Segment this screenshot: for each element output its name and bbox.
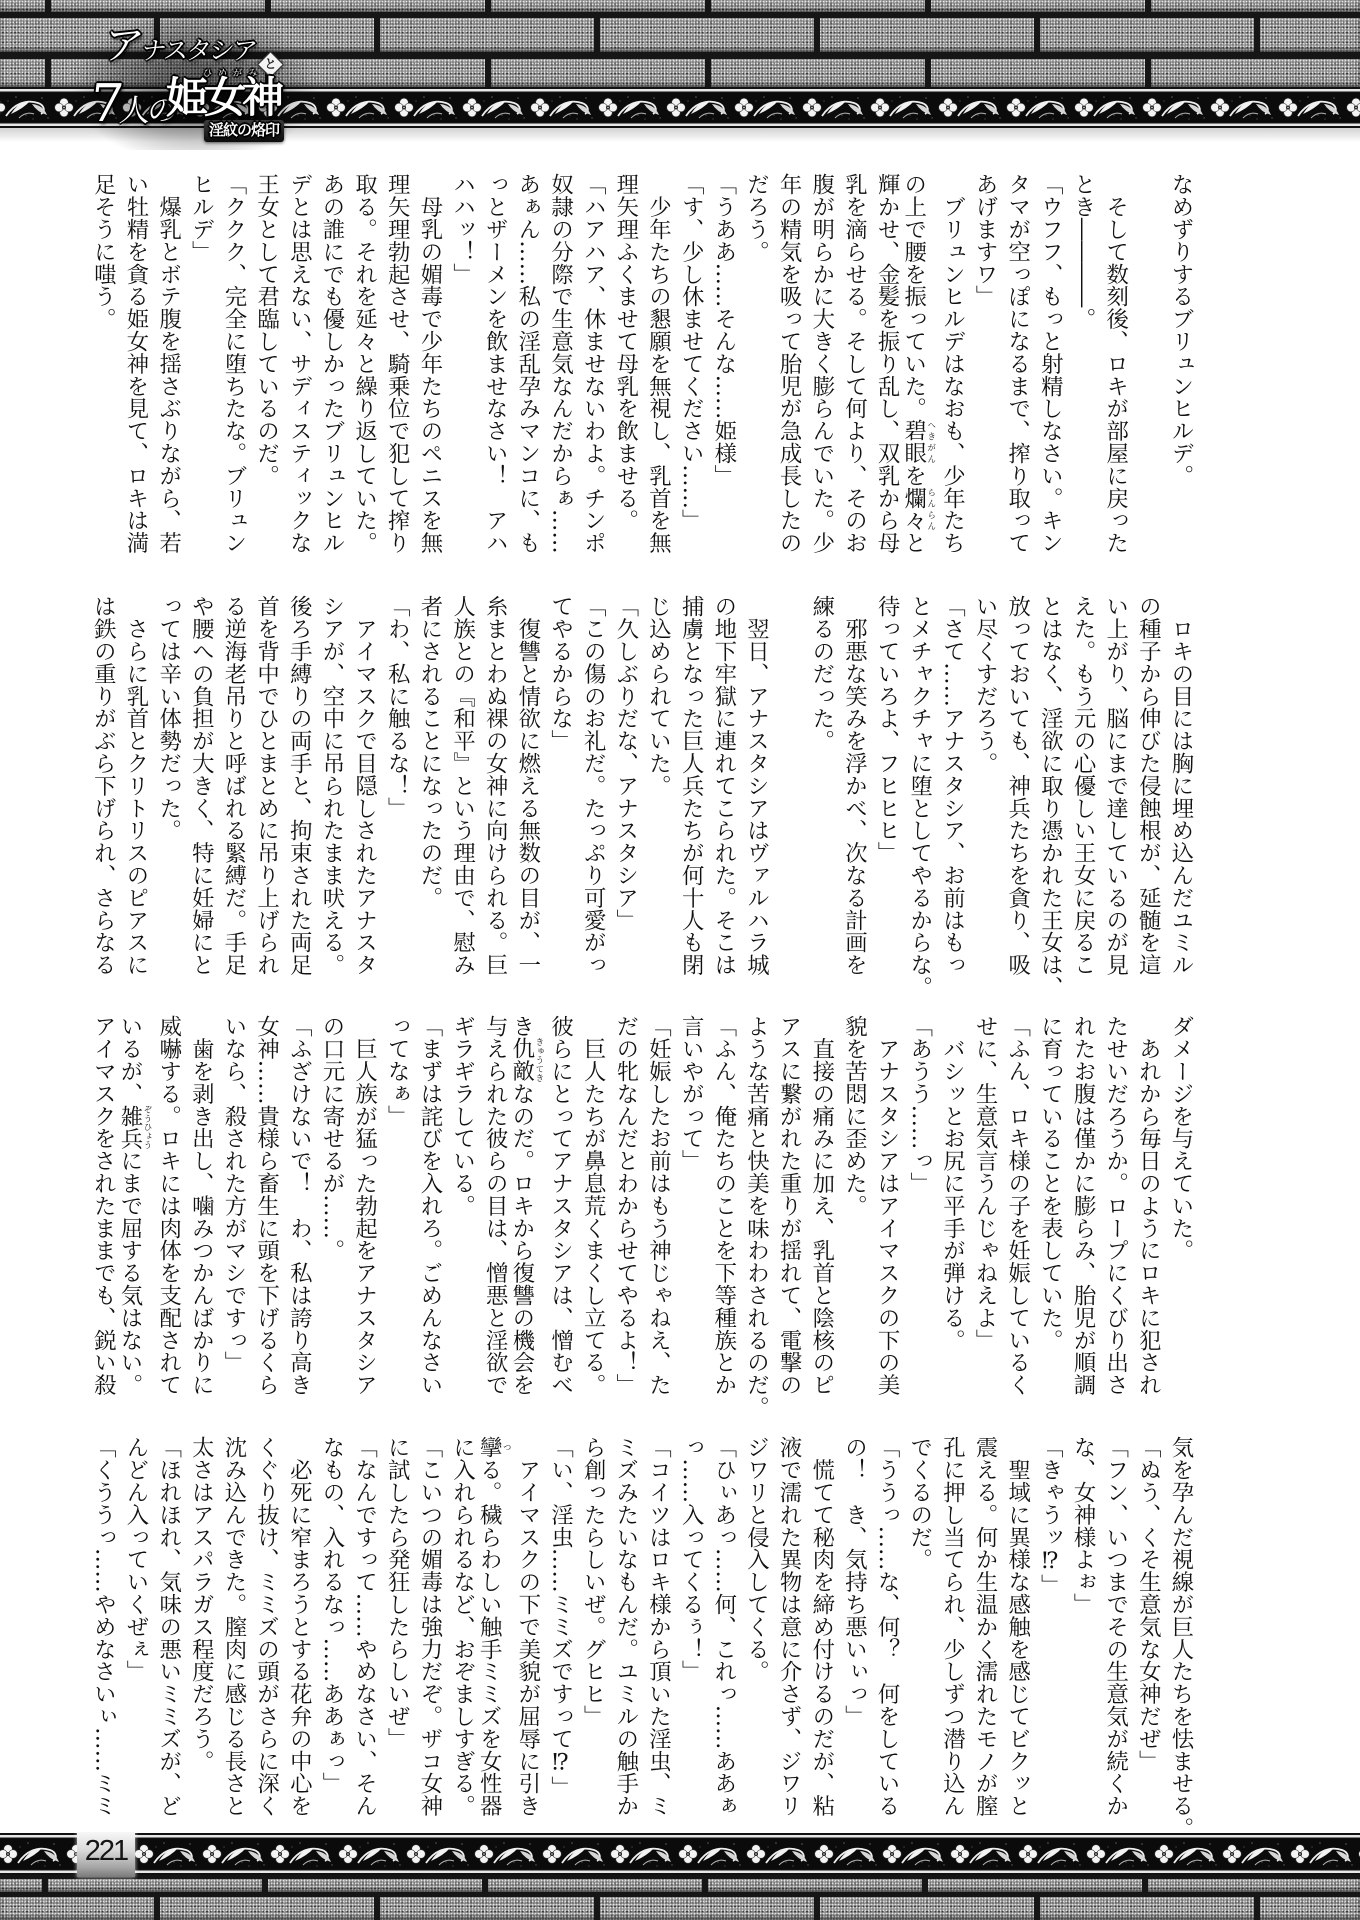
text-column: 「わ、私に触るな！」 — [381, 595, 414, 976]
text-column: ジワリと侵入してくる。 — [740, 1436, 773, 1817]
text-column: 翌日、アナスタシアはヴァルハラ城 — [740, 595, 773, 976]
text-column: くぐり抜け、ミミズの頭がさらに深く — [250, 1436, 283, 1817]
text-column: 「フン、いつまでその生意気が続くか — [1099, 1436, 1132, 1817]
text-column: や腰への負担が大きく、特に妊婦にと — [185, 595, 218, 976]
text-column: 「ううっ……な、何？ 何をしている — [870, 1436, 903, 1817]
text-column: あの誰にでも優しかったブリュンヒル — [315, 173, 348, 554]
text-column: あぁん……私の淫乱孕みマンコに、も — [511, 173, 544, 554]
text-column: 腹が明らかに大きく膨らんでいた。少 — [805, 173, 838, 554]
text-column: 「あうう……っ」 — [903, 1015, 936, 1396]
text-column: アイマスクで目隠しされたアナスタ — [348, 595, 381, 976]
page-number: 221 — [77, 1836, 135, 1866]
text-column: せに、生意気言うんじゃねえよ」 — [968, 1015, 1001, 1396]
text-column: そして数刻後、ロキが部屋に戻った — [1099, 173, 1132, 554]
text-column: 理矢理ふくませて母乳を飲ませる。 — [609, 173, 642, 554]
text-column: タマが空っぽになるまで、搾り取って — [1001, 173, 1034, 554]
text-column: 爆乳とボテ腹を揺さぶりながら、若 — [152, 173, 185, 554]
ruby-annotation: 爛々らんらん — [901, 487, 927, 532]
text-column: 歯を剥き出し、噛みつかんばかりに — [185, 1015, 218, 1396]
title-logo: アナスタシア と ひめがみ 7人の 姫女神 淫紋の烙印 — [0, 0, 320, 150]
text-column: は鉄の重りがぶら下げられ、さらなる — [87, 595, 120, 976]
text-column: 「なんですって……やめなさい、そん — [348, 1436, 381, 1817]
text-column: 「この傷のお礼だ。たっぷり可愛がっ — [577, 595, 610, 976]
text-column: 放っておいても、神兵たちを貪り、吸 — [1001, 595, 1034, 976]
text-column: 捕虜となった巨人兵たちが何十人も閉 — [675, 595, 708, 976]
floral-border-pattern — [0, 1833, 1360, 1875]
text-column: い牡精を貪る姫女神を見て、ロキは満 — [119, 173, 152, 554]
text-column: 聖域に異様な感触を感じてビクッと — [1001, 1436, 1034, 1817]
text-column: き仇敵きゅうてきなのだ。ロキから復讐の機会を — [511, 1015, 544, 1396]
text-column: シアが、空中に吊られたまま吠える。 — [315, 595, 348, 976]
text-column: 「久しぶりだな、アナスタシア」 — [609, 595, 642, 976]
text-column: れたお腹は僅かに膨らみ、胎児が順調 — [1066, 1015, 1099, 1396]
text-column: っ……入ってくるぅ！」 — [675, 1436, 708, 1817]
text-column: に育っていることを表していた。 — [1034, 1015, 1067, 1396]
text-column: 王女として君臨しているのだ。 — [250, 173, 283, 554]
text-column: 者にされることになったのだ。 — [413, 595, 446, 976]
text-column: 孔に押し当てられ、少しずつ潜り込ん — [936, 1436, 969, 1817]
text-column: 練るのだった。 — [805, 595, 838, 976]
text-column: 巨人族が猛った勃起をアナスタシア — [348, 1015, 381, 1396]
text-column: てやるからな」 — [544, 595, 577, 976]
text-column — [772, 595, 805, 976]
text-column: 「妊娠したお前はもう神じゃねえ、た — [642, 1015, 675, 1396]
text-column: 「ふん、俺たちのことを下等種族とか — [707, 1015, 740, 1396]
text-column: の口元に寄せるが……。 — [315, 1015, 348, 1396]
ruby-annotation: 攣つ — [476, 1436, 502, 1458]
text-column: でくるのだ。 — [903, 1436, 936, 1817]
text-column: ダメージを与えていた。 — [1164, 1015, 1197, 1396]
text-column: とメチャクチャに堕としてやるからな。 — [903, 595, 936, 976]
text-column: 「ククク、完全に堕ちたな。ブリュン — [217, 173, 250, 554]
text-column: 理矢理勃起させ、騎乗位で犯して搾り — [381, 173, 414, 554]
text-column: 液で濡れた異物は意に介さず、ジワリ — [772, 1436, 805, 1817]
text-column: ロキの目には胸に埋め込んだユミル — [1164, 595, 1197, 976]
text-column: ら創ったらしいぜ。グヒヒ」 — [577, 1436, 610, 1817]
text-column: 「きゃうッ⁉」 — [1034, 1436, 1067, 1817]
text-column: に試したら発狂したらしいぜ」 — [381, 1436, 414, 1817]
text-column: ような苦痛と快美を味わわされるのだ。 — [740, 1015, 773, 1396]
text-column: 気を孕んだ視線が巨人たちを怯ませる。 — [1164, 1436, 1197, 1817]
text-column: 「ウフフ、もっと射精しなさい。キン — [1034, 173, 1067, 554]
text-column: ハハッ！」 — [446, 173, 479, 554]
text-column: えた。もう元の心優しい王女に戻るこ — [1066, 595, 1099, 976]
text-column: 待っていろよ、フヒヒヒ」 — [870, 595, 903, 976]
ruby-annotation: 碧眼へきがん — [901, 419, 927, 464]
text-column: 「い、淫虫……ミミズですって⁉」 — [544, 1436, 577, 1817]
text-column: 「ぬう、くそ生意気な女神だぜ」 — [1132, 1436, 1165, 1817]
text-column — [1132, 173, 1165, 554]
text-column: アイマスクの下で美貌が屈辱に引き — [511, 1436, 544, 1817]
text-column: 「さて……アナスタシア、お前はもっ — [936, 595, 969, 976]
text-column: 少年たちの懇願を無視し、乳首を無 — [642, 173, 675, 554]
text-tier-3: ダメージを与えていた。 あれから毎日のようにロキに犯されたせいだろうか。ロープに… — [86, 1015, 1197, 1396]
text-column: ヒルデ」 — [185, 173, 218, 554]
text-column: 「ふざけないで！ わ、私は誇り高き — [283, 1015, 316, 1396]
text-column: なめずりするブリュンヒルデ。 — [1164, 173, 1197, 554]
text-column: い尽くすだろう。 — [968, 595, 1001, 976]
text-column: あげますワ」 — [968, 173, 1001, 554]
text-column: い上がり、脳にまで達しているのが見 — [1099, 595, 1132, 976]
text-tier-2: ロキの目には胸に埋め込んだユミルの種子から伸びた侵蝕根が、延髄を這い上がり、脳に… — [86, 595, 1197, 976]
text-column: 「ハアハア、休ませないわよ。チンポ — [577, 173, 610, 554]
text-tier-4: 気を孕んだ視線が巨人たちを怯ませる。「ぬう、くそ生意気な女神だぜ」「フン、いつま… — [86, 1436, 1197, 1817]
text-column: っては辛い体勢だった。 — [152, 595, 185, 976]
text-column: ミズみたいなもんだ。ユミルの触手か — [609, 1436, 642, 1817]
text-column: だの牝なんだとわからせてやるよ！」 — [609, 1015, 642, 1396]
brick-row — [0, 1879, 1360, 1892]
text-column: 「す、少し休ませてください……」 — [675, 173, 708, 554]
text-column: あれから毎日のようにロキに犯され — [1132, 1015, 1165, 1396]
text-column: じ込められていた。 — [642, 595, 675, 976]
text-column: 必死に窄まろうとする花弁の中心を — [283, 1436, 316, 1817]
text-column: 奴隷の分際で生意気なんだからぁ…… — [544, 173, 577, 554]
text-column: ブリュンヒルデはなおも、少年たち — [936, 173, 969, 554]
text-column: 人族との『和平』という理由で、慰み — [446, 595, 479, 976]
text-column: の種子から伸びた侵蝕根が、延髄を這 — [1132, 595, 1165, 976]
logo-title-main: アナスタシア — [102, 26, 258, 66]
logo-subtitle: 淫紋の烙印 — [209, 123, 279, 138]
text-column: 女神……貴様ら畜生に頭を下げるくら — [250, 1015, 283, 1396]
text-column: いなら、殺された方がマシですっ」 — [217, 1015, 250, 1396]
text-column: 沈み込んできた。膣肉に感じる長さと — [217, 1436, 250, 1817]
text-column: とき――――。 — [1066, 173, 1099, 554]
text-column: デとは思えない、サディスティックな — [283, 173, 316, 554]
text-column: 復讐と情欲に燃える無数の目が、一 — [511, 595, 544, 976]
text-column: 糸まとわぬ裸の女神に向けられる。巨 — [479, 595, 512, 976]
text-column: 攣つる。穢らわしい触手ミミズを女性器 — [479, 1436, 512, 1817]
text-column: 巨人たちが鼻息荒くまくし立てる。 — [577, 1015, 610, 1396]
text-column: る逆海老吊りと呼ばれる緊縛だ。手足 — [217, 595, 250, 976]
text-column: 年の精気を吸って胎児が急成長したの — [772, 173, 805, 554]
text-column: 直接の痛みに加え、乳首と陰核のピ — [805, 1015, 838, 1396]
ruby-annotation: 仇敵きゅうてき — [509, 1037, 535, 1082]
text-column: 母乳の媚毒で少年たちのペニスを無 — [413, 173, 446, 554]
footer-ornamental-band — [0, 1833, 1360, 1875]
text-column: の！ き、気持ち悪いぃっ」 — [838, 1436, 871, 1817]
text-column: ってなぁ」 — [381, 1015, 414, 1396]
logo-connector-text: と — [262, 56, 279, 73]
text-column: 「くううっ……やめなさいぃ……ミミ — [87, 1436, 120, 1817]
text-column: 首を背中でひとまとめに吊り上げられ — [250, 595, 283, 976]
text-column: たせいだろうか。ロープにくびり出さ — [1099, 1015, 1132, 1396]
text-column: だろう。 — [740, 173, 773, 554]
text-column: んどん入っていくぜぇ」 — [119, 1436, 152, 1817]
ruby-annotation: 雑兵ぞうひょう — [117, 1105, 143, 1150]
text-column: 「ふん、ロキ様の子を妊娠しているく — [1001, 1015, 1034, 1396]
text-column: 貌を苦悶に歪めた。 — [838, 1015, 871, 1396]
text-column: の上で腰を振っていた。碧眼へきがんを爛々らんらんと — [903, 173, 936, 554]
text-column: 「こいつの媚毒は強力だぞ。ザコ女神 — [413, 1436, 446, 1817]
text-tier-1: なめずりするブリュンヒルデ。 そして数刻後、ロキが部屋に戻ったとき――――。「ウ… — [86, 173, 1197, 554]
text-column: 足そうに嗤う。 — [87, 173, 120, 554]
logo-title-goddess: 姫女神 — [166, 77, 280, 119]
text-column: 太さはアスパラガス程度だろう。 — [185, 1436, 218, 1817]
text-column: アスに繋がれた重りが揺れて、電撃の — [772, 1015, 805, 1396]
text-column: さらに乳首とクリトリスのピアスに — [119, 595, 152, 976]
text-column: なもの、入れるなっ……ああぁっ」 — [315, 1436, 348, 1817]
text-column: バシッとお尻に平手が弾ける。 — [936, 1015, 969, 1396]
text-column: 彼らにとってアナスタシアは、憎むべ — [544, 1015, 577, 1396]
text-column: 取る。それを延々と繰り返していた。 — [348, 173, 381, 554]
text-column: の地下牢獄に連れてこられた。そこは — [707, 595, 740, 976]
text-column: 後ろ手縛りの両手と、拘束された両足 — [283, 595, 316, 976]
text-column: 邪悪な笑みを浮かべ、次なる計画を — [838, 595, 871, 976]
text-column: いるが、雑兵ぞうひょうにまで屈する気はない。 — [119, 1015, 152, 1396]
text-column: 威嚇する。ロキには肉体を支配されて — [152, 1015, 185, 1396]
text-column: 乳を滴らせる。そして何より、そのお — [838, 173, 871, 554]
text-column: な、女神様よぉ」 — [1066, 1436, 1099, 1817]
text-column: っとザーメンを飲ませなさい！ アハ — [479, 173, 512, 554]
brick-row — [0, 1897, 1360, 1920]
text-column: 「まずは詫びを入れろ。ごめんなさい — [413, 1015, 446, 1396]
text-column: 言いやがって」 — [675, 1015, 708, 1396]
text-column: とはなく、淫欲に取り憑かれた王女は、 — [1034, 595, 1067, 976]
footer-brick-wall — [0, 1875, 1360, 1920]
page-number-badge: 221 — [77, 1832, 135, 1877]
text-column: 「ひぃあっ……何、これっ……ああぁ — [707, 1436, 740, 1817]
text-column: 「ほれほれ、気味の悪いミミズが、ど — [152, 1436, 185, 1817]
text-column: ギラギラしている。 — [446, 1015, 479, 1396]
text-column: アナスタシアはアイマスクの下の美 — [870, 1015, 903, 1396]
text-column: 「コイツはロキ様から頂いた淫虫、ミ — [642, 1436, 675, 1817]
text-column: 「うああ……そんな……姫様」 — [707, 173, 740, 554]
text-column: 震える。何か生温かく濡れたモノが膣 — [968, 1436, 1001, 1817]
text-column: 慌てて秘肉を締め付けるのだが、粘 — [805, 1436, 838, 1817]
